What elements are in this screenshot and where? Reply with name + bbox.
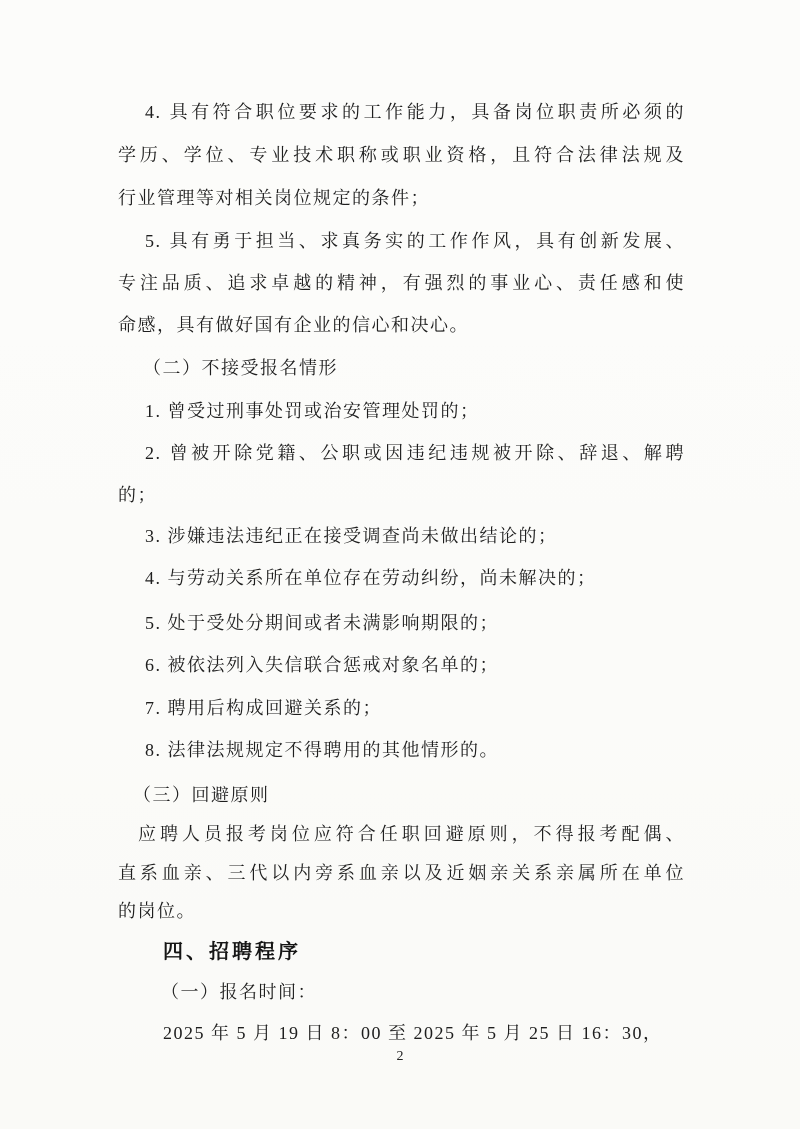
text-line: 1. 曾受过刑事处罚或治安管理处罚的； xyxy=(145,399,480,423)
text-line: 的； xyxy=(118,483,157,507)
text-line: 7. 聘用后构成回避关系的； xyxy=(145,696,382,720)
text-line: 专注品质、追求卓越的精神，有强烈的事业心、责任感和使 xyxy=(118,271,685,295)
page-number: 2 xyxy=(0,1049,800,1065)
text-line: 5. 处于受处分期间或者未满影响期限的； xyxy=(145,611,499,635)
text-line: 应聘人员报考岗位应符合任职回避原则，不得报考配偶、 xyxy=(138,822,685,846)
text-line: 4. 具有符合职位要求的工作能力，具备岗位职责所必须的 xyxy=(145,100,685,124)
text-line: （一）报名时间： xyxy=(161,980,317,1004)
document-page: 4. 具有符合职位要求的工作能力，具备岗位职责所必须的学历、学位、专业技术职称或… xyxy=(0,0,800,1129)
text-line: 的岗位。 xyxy=(118,899,196,923)
text-line: 直系血亲、三代以内旁系血亲以及近姻亲关系亲属所在单位 xyxy=(118,861,685,885)
text-line: 2025 年 5 月 19 日 8：00 至 2025 年 5 月 25 日 1… xyxy=(163,1021,663,1045)
text-line: （二）不接受报名情形 xyxy=(143,356,338,380)
text-line: 8. 法律法规规定不得聘用的其他情形的。 xyxy=(145,738,499,762)
text-line: 3. 涉嫌违法违纪正在接受调查尚未做出结论的； xyxy=(145,524,558,548)
text-line: 2. 曾被开除党籍、公职或因违纪违规被开除、辞退、解聘 xyxy=(145,441,685,465)
section-heading: 四、招聘程序 xyxy=(163,940,301,964)
text-line: （三）回避原则 xyxy=(133,783,270,807)
text-line: 命感，具有做好国有企业的信心和决心。 xyxy=(118,313,469,337)
text-line: 4. 与劳动关系所在单位存在劳动纠纷，尚未解决的； xyxy=(145,566,597,590)
text-line: 6. 被依法列入失信联合惩戒对象名单的； xyxy=(145,653,499,677)
text-line: 学历、学位、专业技术职称或职业资格，且符合法律法规及 xyxy=(118,143,685,167)
text-line: 行业管理等对相关岗位规定的条件； xyxy=(118,186,430,210)
text-line: 5. 具有勇于担当、求真务实的工作作风，具有创新发展、 xyxy=(145,229,685,253)
